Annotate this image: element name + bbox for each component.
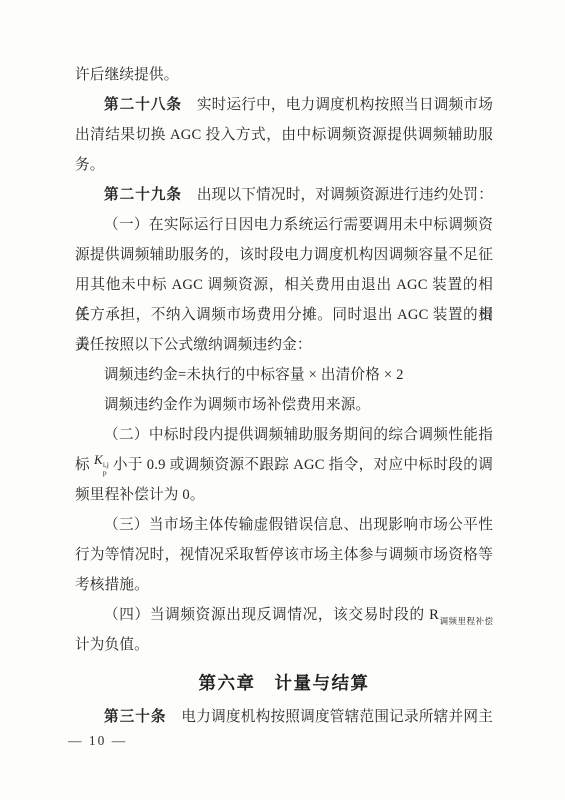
text-run: 行为等情况时，视情况采取暂停该市场主体参与调频市场资格等 [75,547,493,563]
text-run: 小于 0.9 或调频资源不跟踪 AGC 指令，对应中标时段的调 [109,457,493,473]
text-line: （三）当市场主体传输虚假错误信息、出现影响市场公平性 [75,510,493,540]
text-run: 许后继续提供。 [75,67,179,83]
text-run: （二）中标时段内提供调频辅助服务期间的综合调频性能指 [104,427,493,443]
text-line: （四）当调频资源出现反调情况，该交易时段的 R调频里程补偿 [75,600,493,630]
formula-kp-ij: Ki,jp [94,445,109,477]
chapter-heading: 第六章 计量与结算 [75,668,493,698]
text-run: 务。 [75,157,105,173]
text-run: 出清结果切换 AGC 投入方式，由中标调频资源提供调频辅助服 [75,127,493,143]
text-line: 用其他未中标 AGC 调频资源，相关费用由退出 AGC 装置的相关责 [75,270,493,300]
text-run: 标 [75,457,94,473]
text-line: 源提供调频辅助服务的，该时段电力调度机构因调频容量不足征 [75,240,493,270]
subscript-label: 调频里程补偿 [439,616,493,626]
text-line: 标 Ki,jp 小于 0.9 或调频资源不跟踪 AGC 指令，对应中标时段的调 [75,450,493,480]
text-line: 许后继续提供。 [75,60,493,90]
text-run: （三）当市场主体传输虚假错误信息、出现影响市场公平性 [104,517,493,533]
text-line: （一）在实际运行日因电力系统运行需要调用未中标调频资 [75,210,493,240]
text-line: 调频违约金=未执行的中标容量 × 出清价格 × 2 [75,360,493,390]
text-run: 第二十八条 [104,97,182,113]
text-run: 频里程补偿计为 0。 [75,487,205,503]
text-line: 出清结果切换 AGC 投入方式，由中标调频资源提供调频辅助服 [75,120,493,150]
text-line: 频里程补偿计为 0。 [75,480,493,510]
text-line: 务。 [75,150,493,180]
text-line: 责任按照以下公式缴纳调频违约金： [75,330,493,360]
text-line: 计为负值。 [75,630,493,660]
text-line: （二）中标时段内提供调频辅助服务期间的综合调频性能指 [75,420,493,450]
text-run: 电力调度机构按照调度管辖范围记录所辖并网主 [167,709,493,725]
text-run: 调频违约金作为调频市场补偿费用来源。 [104,397,370,413]
text-run: 责任按照以下公式缴纳调频违约金： [75,337,312,353]
text-run: 源提供调频辅助服务的，该时段电力调度机构因调频容量不足征 [75,247,493,263]
document-page: 许后继续提供。第二十八条 实时运行中，电力调度机构按照当日调频市场出清结果切换 … [0,0,565,800]
text-run: 考核措施。 [75,577,149,593]
text-line: 第二十九条 出现以下情况时，对调频资源进行违约处罚： [75,180,493,210]
text-run: 第三十条 [104,709,167,725]
text-run: 出现以下情况时，对调频资源进行违约处罚： [182,187,493,203]
text-run: （一）在实际运行日因电力系统运行需要调用未中标调频资 [104,217,493,233]
page-number: — 10 — [68,733,127,749]
text-line: 任方承担，不纳入调频市场费用分摊。同时退出 AGC 装置的相关 [75,300,493,330]
text-run: 实时运行中，电力调度机构按照当日调频市场 [182,97,493,113]
text-run: 调频违约金=未执行的中标容量 × 出清价格 × 2 [104,367,404,383]
text-run: 第二十九条 [104,187,182,203]
text-line: 第二十八条 实时运行中，电力调度机构按照当日调频市场 [75,90,493,120]
text-line: 第三十条 电力调度机构按照调度管辖范围记录所辖并网主 [75,702,493,732]
text-run: 计为负值。 [75,637,149,653]
text-run: （四）当调频资源出现反调情况，该交易时段的 R [104,607,439,623]
text-line: 考核措施。 [75,570,493,600]
document-body: 许后继续提供。第二十八条 实时运行中，电力调度机构按照当日调频市场出清结果切换 … [75,60,493,732]
text-line: 调频违约金作为调频市场补偿费用来源。 [75,390,493,420]
text-line: 行为等情况时，视情况采取暂停该市场主体参与调频市场资格等 [75,540,493,570]
